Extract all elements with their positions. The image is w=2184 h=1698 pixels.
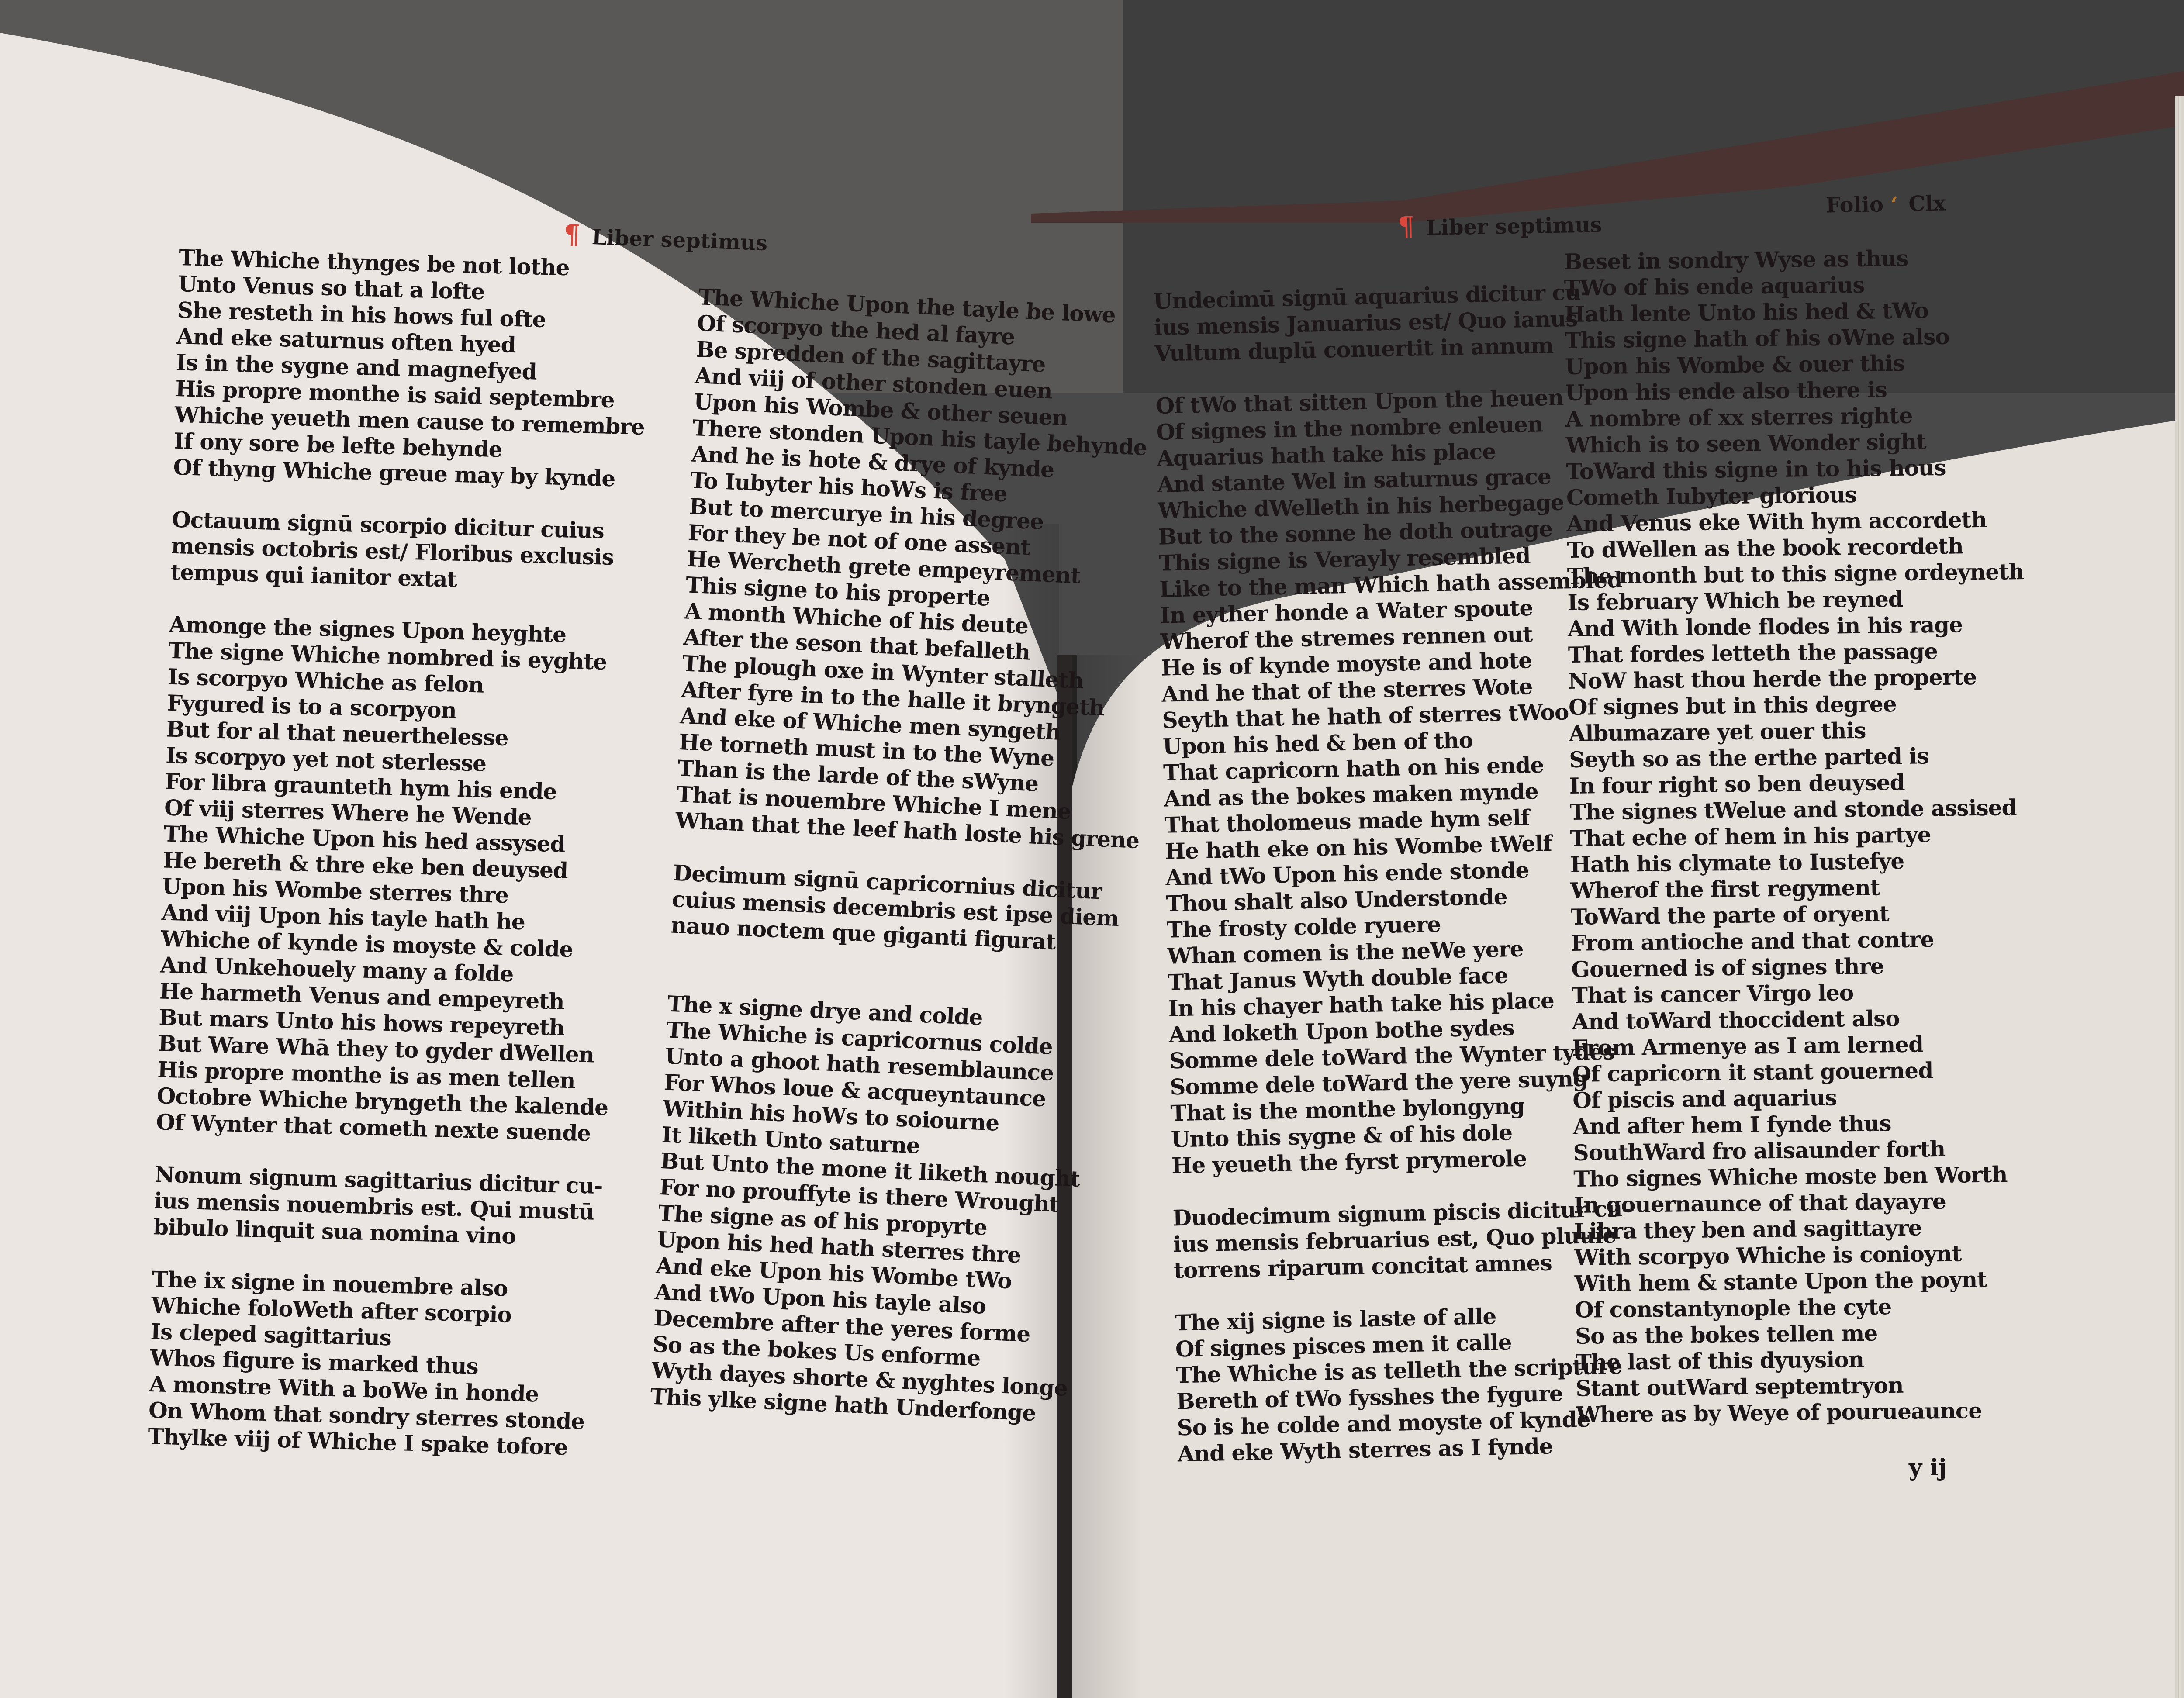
pilcrow-icon: ¶ [563,219,581,250]
verse-line: From Armenye as I am lerned [1572,1030,2029,1061]
verse-line: Where as by Weye of pourueaunce [1576,1397,2033,1428]
verse-line: Which is to seen Wonder sight [1565,428,2022,459]
running-head-text: Liber septimus [591,225,768,255]
verse-line: A nombre of xx sterres righte [1565,401,2022,432]
folio-numeral: Clx [1908,191,1946,216]
verse-line: Upon his Wombe & ouer this [1565,349,2022,380]
verse-line: Hath his clymate to Iustefye [1570,847,2027,878]
verse-line: Beset in sondry Wyse as thus [1564,244,2021,275]
page-edges [2175,96,2184,1698]
verse-line: The last of this dyuysion [1575,1345,2032,1376]
verse-line: With scorpyo Whiche is conioynt [1574,1240,2031,1271]
verse-line: Gouerned is of signes thre [1571,952,2028,983]
verse-line: So as the bokes tellen me [1575,1318,2032,1349]
verse-line: Of signes but in this degree [1569,690,2025,721]
verse-line: To dWellen as the book recordeth [1567,532,2024,563]
signature-mark: y ij [1909,1454,1947,1481]
verse-line: And With londe flodes in his rage [1568,611,2025,642]
pilcrow-icon: ¶ [1397,211,1414,242]
verse-line: Cometh Iubyter glorious [1566,480,2023,511]
verse-line: Albumazare yet ouer this [1569,716,2025,747]
verse-line: Wherof the first regyment [1570,873,2027,904]
verse-line: Is february Which be reyned [1567,585,2024,616]
verse-line: NoW hast thou herde the properte [1568,663,2025,694]
verse-line: ToWard this signe in to his hous [1566,454,2023,485]
verse-line: The month but to this signe ordeyneth [1567,559,2024,590]
verse-line: Of capricorn it stant gouerned [1572,1056,2029,1087]
verse-line: SouthWard fro alisaunder forth [1573,1135,2030,1166]
verse-line: That fordes letteth the passage [1568,637,2025,668]
verse-line: Hath lente Unto his hed & tWo [1564,297,2021,328]
verse-line: Of constantynople the cyte [1575,1292,2032,1323]
verse-line: And toWard thoccident also [1572,1004,2028,1035]
left-page-column-2: The Whiche Upon the tayle be loweOf scor… [650,284,1162,1430]
left-page-column-1: The Whiche thynges be not lotheUnto Venu… [148,245,649,1462]
folio-number: Folio ‘ Clx [1826,191,1946,218]
right-running-head: ¶ Liber septimus [1397,208,1602,242]
verse-line: Of piscis and aquarius [1572,1083,2029,1114]
right-page-column-2: Beset in sondry Wyse as thusTWo of his e… [1564,244,2033,1428]
verse-line: The signes tWelue and stonde assised [1569,794,2026,825]
verse-line: That eche of hem in his partye [1570,821,2027,852]
verse-line: Upon his ende also there is [1565,375,2022,406]
verse-line: That is cancer Virgo leo [1572,978,2028,1009]
verse-line: And Venus eke With hym accordeth [1566,506,2023,537]
verse-line: Tho signes Whiche moste ben Worth [1573,1161,2030,1192]
folio-mark-icon: ‘ [1890,193,1898,216]
folio-label: Folio [1826,192,1884,217]
verse-line: Libra they ben and sagittayre [1574,1214,2031,1245]
verse-line: In gouernaunce of that dayayre [1574,1187,2031,1218]
verse-line: In four right so ben deuysed [1569,768,2026,799]
verse-line: With hem & stante Upon the poynt [1575,1266,2032,1297]
verse-line: Stant outWard septemtryon [1576,1371,2032,1402]
verse-line: Seyth so as the erthe parted is [1569,742,2026,773]
running-head-text: Liber septimus [1426,213,1602,240]
verse-line: From antioche and that contre [1571,925,2028,956]
verse-line: This signe hath of his oWne also [1565,323,2022,354]
verse-line: ToWard the parte of oryent [1571,899,2028,930]
verse-line: TWo of his ende aquarius [1564,270,2021,301]
verse-line: And after hem I fynde thus [1573,1109,2030,1140]
